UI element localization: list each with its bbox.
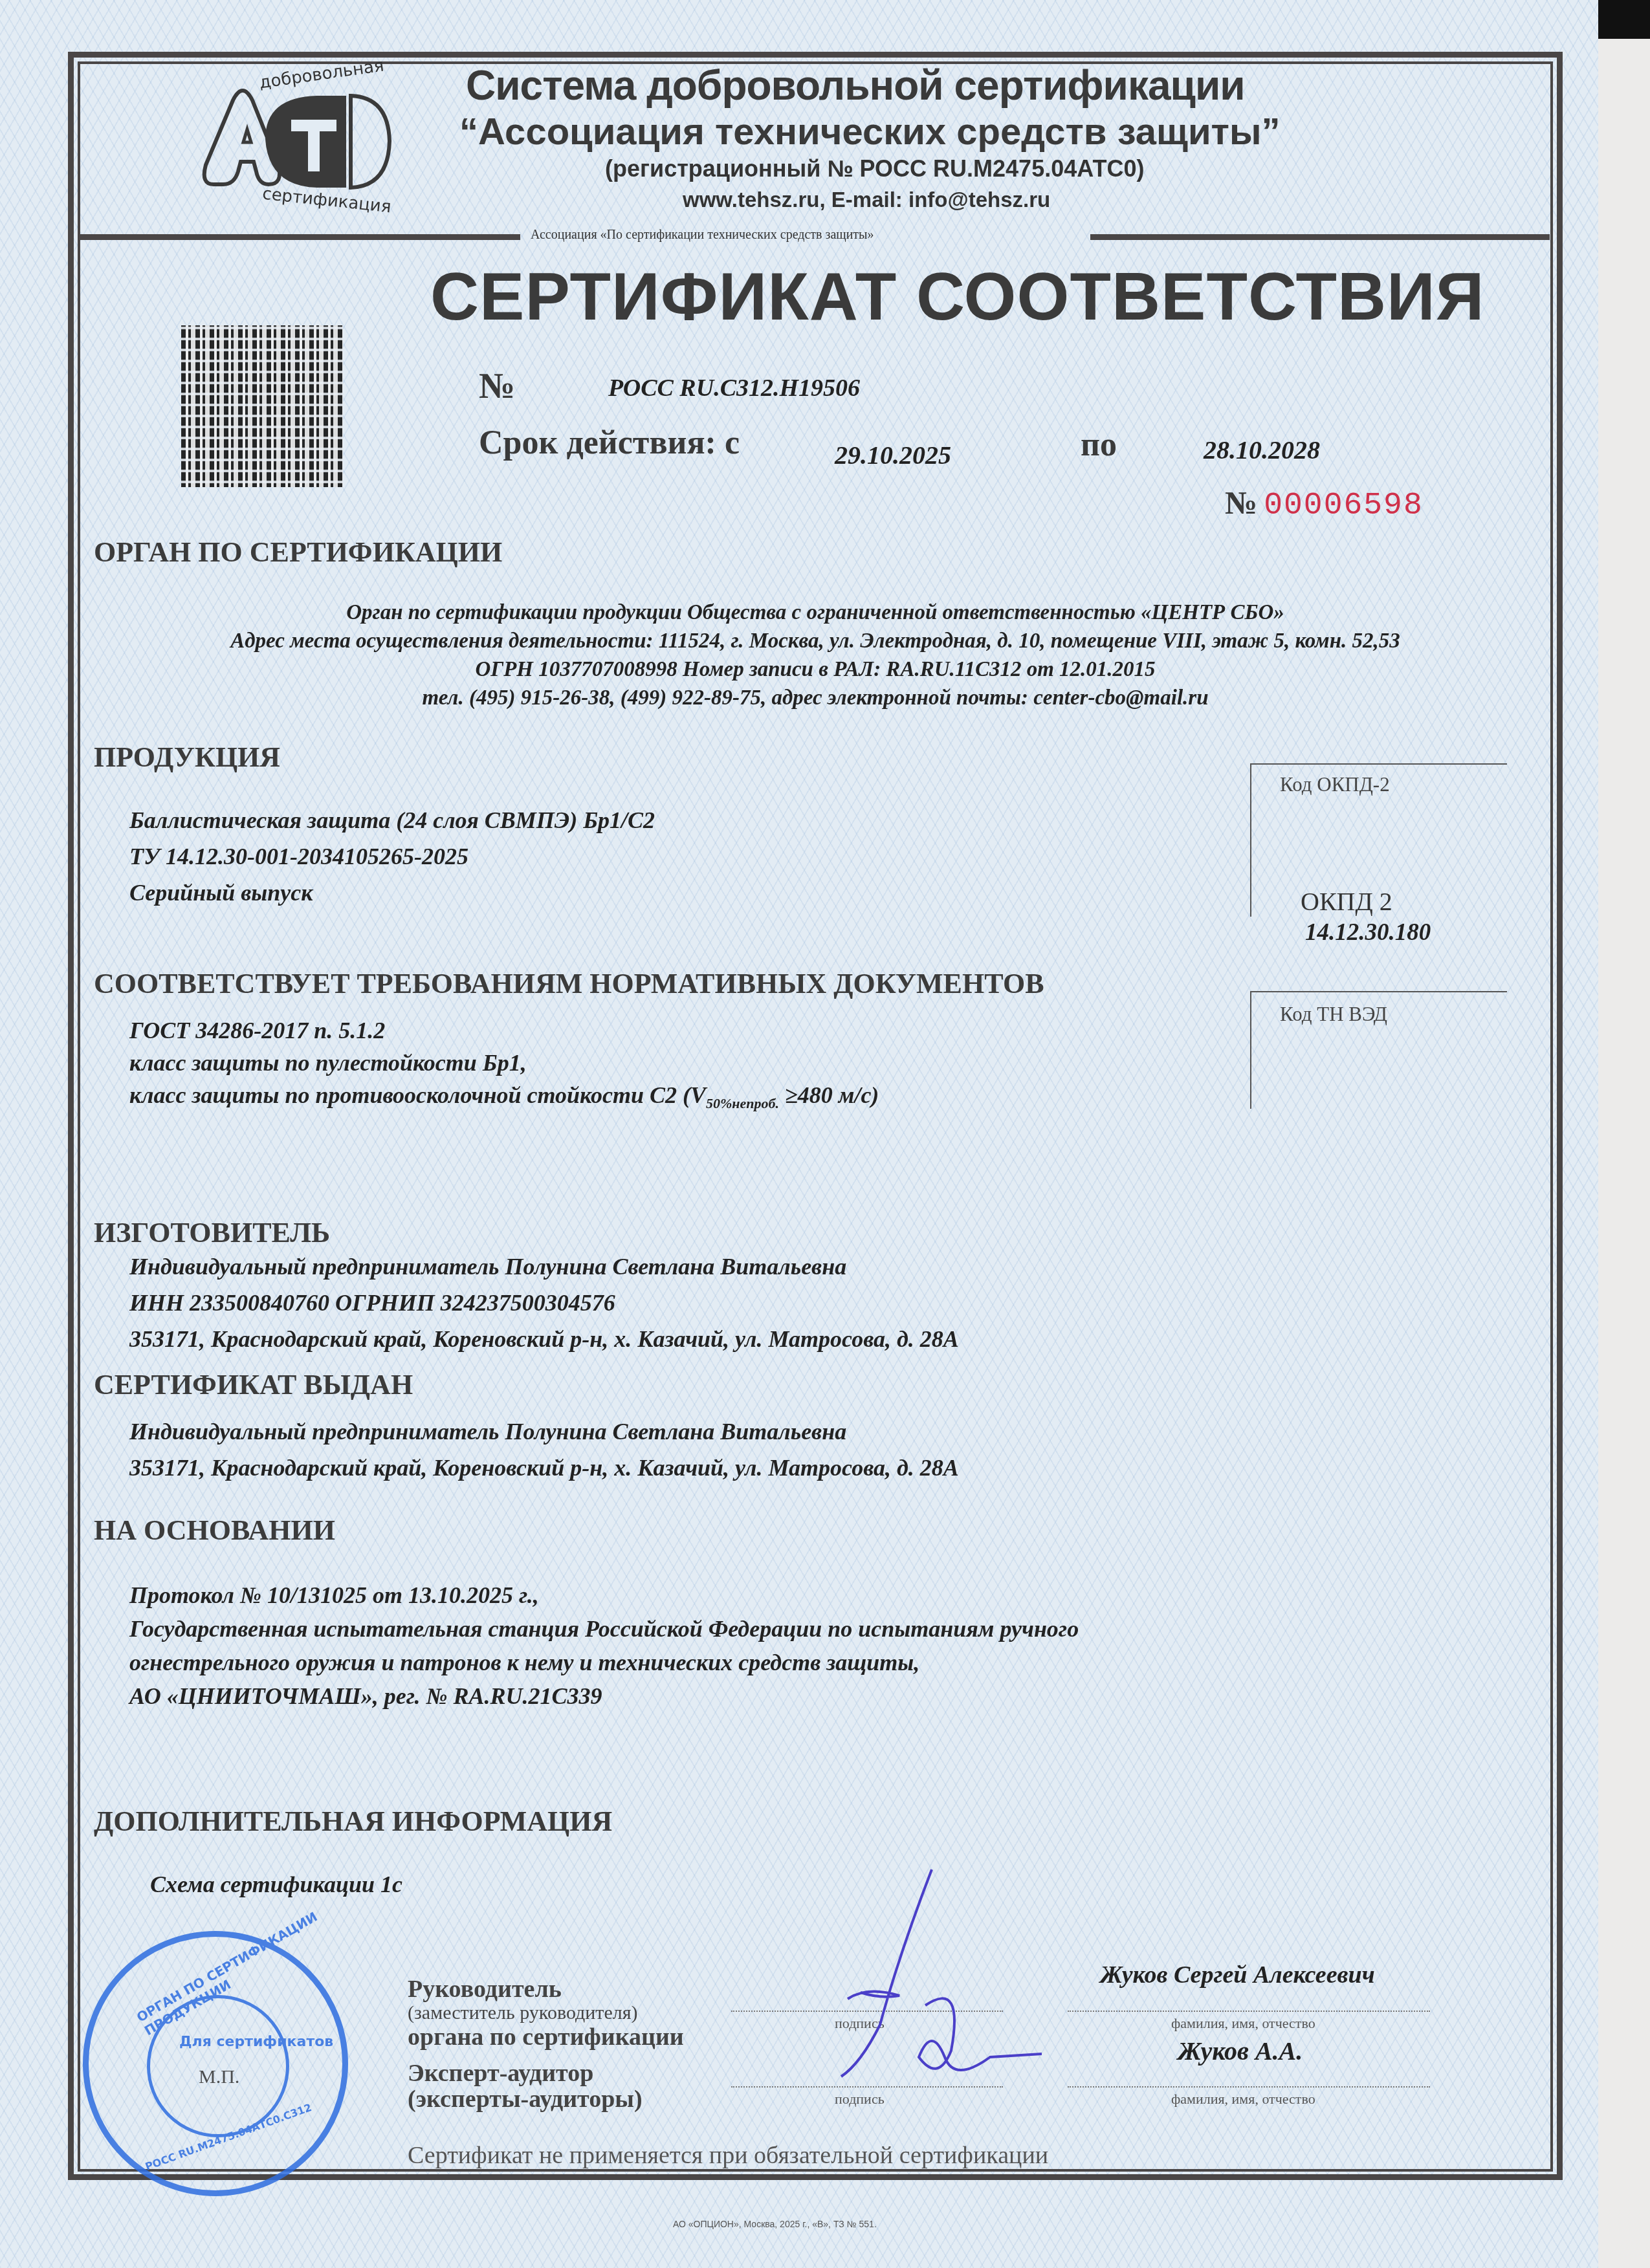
product-line: Серийный выпуск [129,875,655,911]
header-rule-left [80,234,520,240]
okpd-label: Код ОКПД-2 [1280,773,1390,796]
valid-to: 28.10.2028 [1204,435,1320,465]
cb-line: тел. (495) 915-26-38, (499) 922-89-75, а… [91,684,1540,712]
issued-to-line: Индивидуальный предприниматель Полунина … [129,1413,959,1450]
ats-logo: добровольная сертификация [188,58,401,220]
basis-line: Протокол № 10/131025 от 13.10.2025 г., [129,1578,1079,1612]
okpd-title: ОКПД 2 [1301,886,1392,917]
section-heading-issued-to: СЕРТИФИКАТ ВЫДАН [94,1368,413,1401]
manufacturer-line: ИНН 233500840760 ОГРНИП 324237500304576 [129,1285,959,1321]
compliance-details: ГОСТ 34286-2017 п. 5.1.2 класс защиты по… [129,1014,879,1120]
issued-to-line: 353171, Краснодарский край, Кореновский … [129,1450,959,1486]
stamp-center-text: Для сертификатов [179,2034,333,2050]
official-stamp: ОРГАН ПО СЕРТИФИКАЦИИ ПРОДУКЦИИ Для серт… [83,1931,348,2196]
expert-role-line1: Эксперт-аудитор [408,2060,643,2086]
head-role: Руководитель (заместитель руководителя) … [408,1976,684,2050]
serial-number: 00006598 [1264,488,1423,523]
head-name-caption: фамилия, имя, отчество [1171,2015,1315,2032]
section-heading-certification-body: ОРГАН ПО СЕРТИФИКАЦИИ [94,536,502,569]
qr-code-icon [181,325,343,487]
head-name-line [1068,2011,1430,2012]
section-heading-additional: ДОПОЛНИТЕЛЬНАЯ ИНФОРМАЦИЯ [94,1805,612,1838]
validity-label: Срок действия: с [479,424,740,462]
expert-name-line [1068,2086,1430,2088]
section-heading-compliance: СООТВЕТСТВУЕТ ТРЕБОВАНИЯМ НОРМАТИВНЫХ ДО… [94,967,1044,1000]
head-role-line3: органа по сертификации [408,2024,684,2050]
okpd-code: 14.12.30.180 [1305,919,1431,946]
manufacturer-line: 353171, Краснодарский край, Кореновский … [129,1321,959,1357]
association-name: “Ассоциация технических средств защиты” [459,110,1281,153]
number-label: № [479,365,515,407]
contacts: www.tehsz.ru, E-mail: info@tehsz.ru [683,188,1050,212]
head-role-line1: Руководитель [408,1976,684,2002]
section-heading-product: ПРОДУКЦИЯ [94,741,280,774]
certificate-title: СЕРТИФИКАТ СООТВЕТСТВИЯ [430,259,1485,336]
cb-line: Орган по сертификации продукции Общества… [91,598,1540,627]
compliance-line: класс защиты по пулестойкости Бр1, [129,1047,879,1079]
expert-role-line2: (эксперты-аудиторы) [408,2086,643,2112]
certification-body-details: Орган по сертификации продукции Общества… [91,598,1540,712]
association-line: Ассоциация «По сертификации технических … [531,228,874,243]
product-line: Баллистическая защита (24 слоя СВМПЭ) Бр… [129,802,655,838]
head-name: Жуков Сергей Алексеевич [1100,1960,1375,1990]
manufacturer-details: Индивидуальный предприниматель Полунина … [129,1248,959,1357]
tnved-label: Код ТН ВЭД [1280,1003,1387,1026]
velocity-subscript: 50%непроб. [706,1095,779,1111]
serial-block: №00006598 [1225,484,1424,523]
basis-details: Протокол № 10/131025 от 13.10.2025 г., Г… [129,1578,1079,1713]
expert-name-caption: фамилия, имя, отчество [1171,2091,1315,2108]
basis-line: Государственная испытательная станция Ро… [129,1612,1079,1646]
valid-to-label: по [1081,426,1117,464]
stamp-mp-label: М.П. [199,2066,239,2088]
serial-label: № [1225,485,1257,521]
certification-scheme: Схема сертификации 1с [150,1870,402,1899]
section-heading-manufacturer: ИЗГОТОВИТЕЛЬ [94,1216,330,1249]
registration-number: (регистрационный № РОСС RU.M2475.04АТС0) [605,155,1144,182]
basis-line: огнестрельного оружия и патронов к нему … [129,1646,1079,1679]
scan-edge [1598,0,1650,2268]
head-role-line2: (заместитель руководителя) [408,2002,684,2024]
issued-to-details: Индивидуальный предприниматель Полунина … [129,1413,959,1486]
section-heading-basis: НА ОСНОВАНИИ [94,1514,335,1547]
compliance-line: ГОСТ 34286-2017 п. 5.1.2 [129,1014,879,1047]
cb-line: Адрес места осуществления деятельности: … [91,627,1540,655]
cb-line: ОГРН 1037707008998 Номер записи в РАЛ: R… [91,655,1540,684]
system-title: Система добровольной сертификации [466,61,1245,109]
handwritten-signature-icon [770,1863,1042,2109]
compliance-line: класс защиты по противоосколочной стойко… [129,1079,879,1120]
expert-name: Жуков А.А. [1178,2036,1303,2066]
footer-notice: Сертификат не применяется при обязательн… [408,2141,1048,2170]
header-rule-right [1090,234,1550,240]
printer-info: АО «ОПЦИОН», Москва, 2025 г., «В», ТЗ № … [673,2219,877,2229]
certificate-number: РОСС RU.С312.Н19506 [608,374,860,402]
expert-role: Эксперт-аудитор (эксперты-аудиторы) [408,2060,643,2112]
basis-line: АО «ЦНИИТОЧМАШ», рег. № RA.RU.21С339 [129,1679,1079,1713]
manufacturer-line: Индивидуальный предприниматель Полунина … [129,1248,959,1285]
valid-from: 29.10.2025 [835,440,951,470]
product-details: Баллистическая защита (24 слоя СВМПЭ) Бр… [129,802,655,911]
scan-edge-dark [1598,0,1650,39]
product-line: ТУ 14.12.30-001-2034105265-2025 [129,838,655,875]
